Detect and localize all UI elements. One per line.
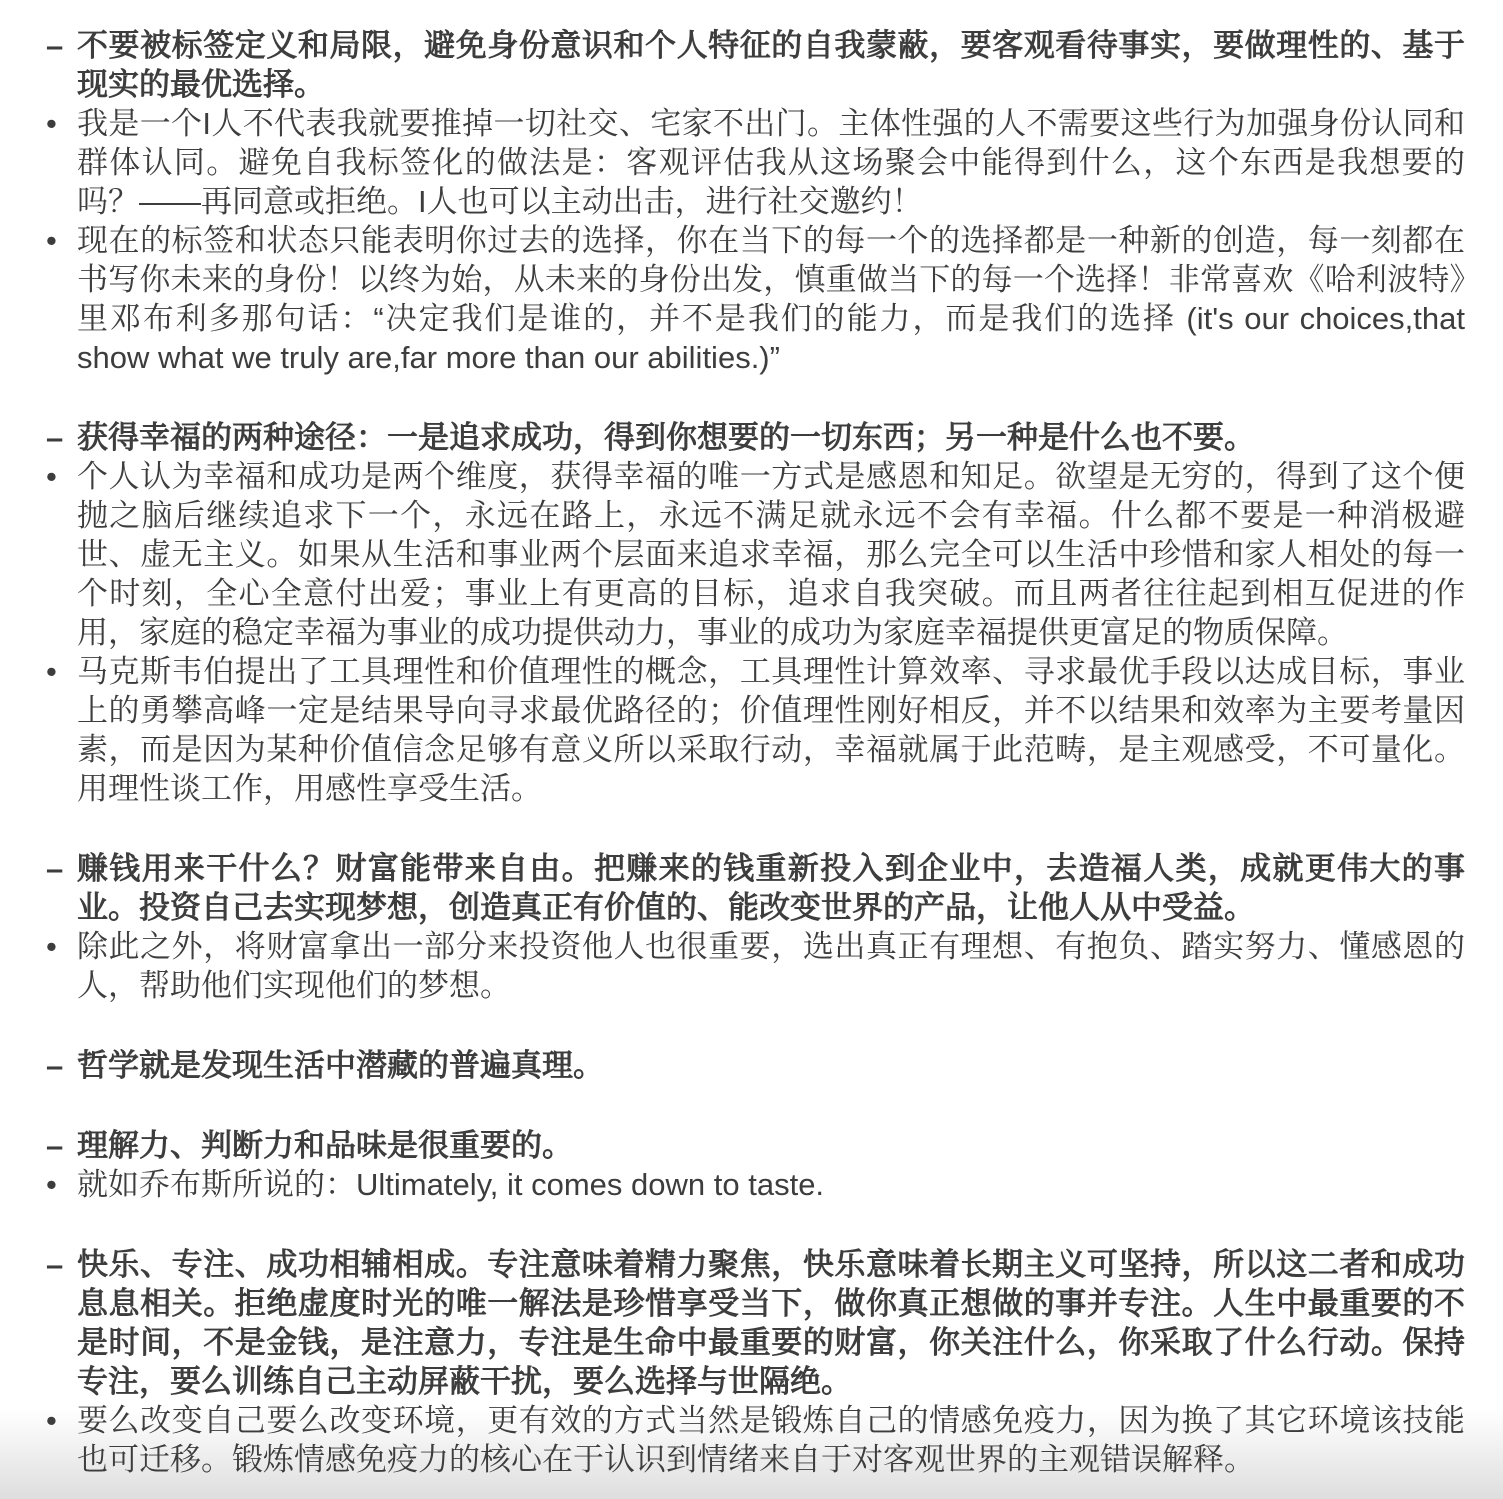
heading-text: 获得幸福的两种途径：一是追求成功，得到你想要的一切东西；另一种是什么也不要。	[77, 420, 1255, 455]
note-section: – 快乐、专注、成功相辅相成。专注意味着精力聚焦，快乐意味着长期主义可坚持，所以…	[46, 1245, 1465, 1479]
heading-text: 理解力、判断力和品味是很重要的。	[77, 1128, 573, 1163]
bullet-item: • 马克斯韦伯提出了工具理性和价值理性的概念，工具理性计算效率、寻求最优手段以达…	[46, 652, 1465, 808]
bullet-text: 个人认为幸福和成功是两个维度，获得幸福的唯一方式是感恩和知足。欲望是无穷的，得到…	[77, 459, 1465, 650]
bullet-marker: •	[46, 927, 77, 966]
bullet-item: • 现在的标签和状态只能表明你过去的选择，你在当下的每一个的选择都是一种新的创造…	[46, 221, 1465, 377]
dash-marker: –	[46, 1126, 77, 1165]
heading-item: – 赚钱用来干什么？财富能带来自由。把赚来的钱重新投入到企业中，去造福人类，成就…	[46, 849, 1465, 927]
dash-marker: –	[46, 26, 77, 65]
heading-item: – 不要被标签定义和局限，避免身份意识和个人特征的自我蒙蔽，要客观看待事实，要做…	[46, 26, 1465, 104]
dash-marker: –	[46, 1245, 77, 1284]
heading-text: 快乐、专注、成功相辅相成。专注意味着精力聚焦，快乐意味着长期主义可坚持，所以这二…	[77, 1247, 1465, 1399]
dash-marker: –	[46, 849, 77, 888]
notes-document: – 不要被标签定义和局限，避免身份意识和个人特征的自我蒙蔽，要客观看待事实，要做…	[0, 0, 1503, 1479]
heading-text: 不要被标签定义和局限，避免身份意识和个人特征的自我蒙蔽，要客观看待事实，要做理性…	[77, 28, 1465, 102]
bullet-text: 要么改变自己要么改变环境，更有效的方式当然是锻炼自己的情感免疫力，因为换了其它环…	[77, 1403, 1465, 1477]
dash-marker: –	[46, 418, 77, 457]
bullet-item: • 要么改变自己要么改变环境，更有效的方式当然是锻炼自己的情感免疫力，因为换了其…	[46, 1401, 1465, 1479]
heading-item: – 理解力、判断力和品味是很重要的。	[46, 1126, 1465, 1165]
heading-item: – 快乐、专注、成功相辅相成。专注意味着精力聚焦，快乐意味着长期主义可坚持，所以…	[46, 1245, 1465, 1401]
bullet-marker: •	[46, 104, 77, 143]
bullet-item: • 个人认为幸福和成功是两个维度，获得幸福的唯一方式是感恩和知足。欲望是无穷的，…	[46, 457, 1465, 652]
dash-marker: –	[46, 1046, 77, 1085]
bullet-item: • 就如乔布斯所说的：Ultimately, it comes down to …	[46, 1165, 1465, 1204]
note-section: – 理解力、判断力和品味是很重要的。 • 就如乔布斯所说的：Ultimately…	[46, 1126, 1465, 1204]
heading-text: 赚钱用来干什么？财富能带来自由。把赚来的钱重新投入到企业中，去造福人类，成就更伟…	[77, 851, 1465, 925]
note-section: – 获得幸福的两种途径：一是追求成功，得到你想要的一切东西；另一种是什么也不要。…	[46, 418, 1465, 808]
bullet-marker: •	[46, 1401, 77, 1440]
bullet-text: 我是一个I人不代表我就要推掉一切社交、宅家不出门。主体性强的人不需要这些行为加强…	[77, 106, 1465, 219]
bullet-text: 马克斯韦伯提出了工具理性和价值理性的概念，工具理性计算效率、寻求最优手段以达成目…	[77, 654, 1465, 806]
bullet-text: 除此之外，将财富拿出一部分来投资他人也很重要，选出真正有理想、有抱负、踏实努力、…	[77, 929, 1465, 1003]
bullet-text: 就如乔布斯所说的：Ultimately, it comes down to ta…	[77, 1167, 824, 1202]
note-section: – 赚钱用来干什么？财富能带来自由。把赚来的钱重新投入到企业中，去造福人类，成就…	[46, 849, 1465, 1005]
note-section: – 不要被标签定义和局限，避免身份意识和个人特征的自我蒙蔽，要客观看待事实，要做…	[46, 26, 1465, 377]
bullet-marker: •	[46, 652, 77, 691]
note-section: – 哲学就是发现生活中潜藏的普遍真理。	[46, 1046, 1465, 1085]
bullet-marker: •	[46, 457, 77, 496]
bullet-marker: •	[46, 221, 77, 260]
bullet-text: 现在的标签和状态只能表明你过去的选择，你在当下的每一个的选择都是一种新的创造，每…	[77, 223, 1465, 375]
bullet-marker: •	[46, 1165, 77, 1204]
heading-item: – 获得幸福的两种途径：一是追求成功，得到你想要的一切东西；另一种是什么也不要。	[46, 418, 1465, 457]
bullet-item: • 除此之外，将财富拿出一部分来投资他人也很重要，选出真正有理想、有抱负、踏实努…	[46, 927, 1465, 1005]
heading-text: 哲学就是发现生活中潜藏的普遍真理。	[77, 1048, 604, 1083]
bullet-item: • 我是一个I人不代表我就要推掉一切社交、宅家不出门。主体性强的人不需要这些行为…	[46, 104, 1465, 221]
heading-item: – 哲学就是发现生活中潜藏的普遍真理。	[46, 1046, 1465, 1085]
